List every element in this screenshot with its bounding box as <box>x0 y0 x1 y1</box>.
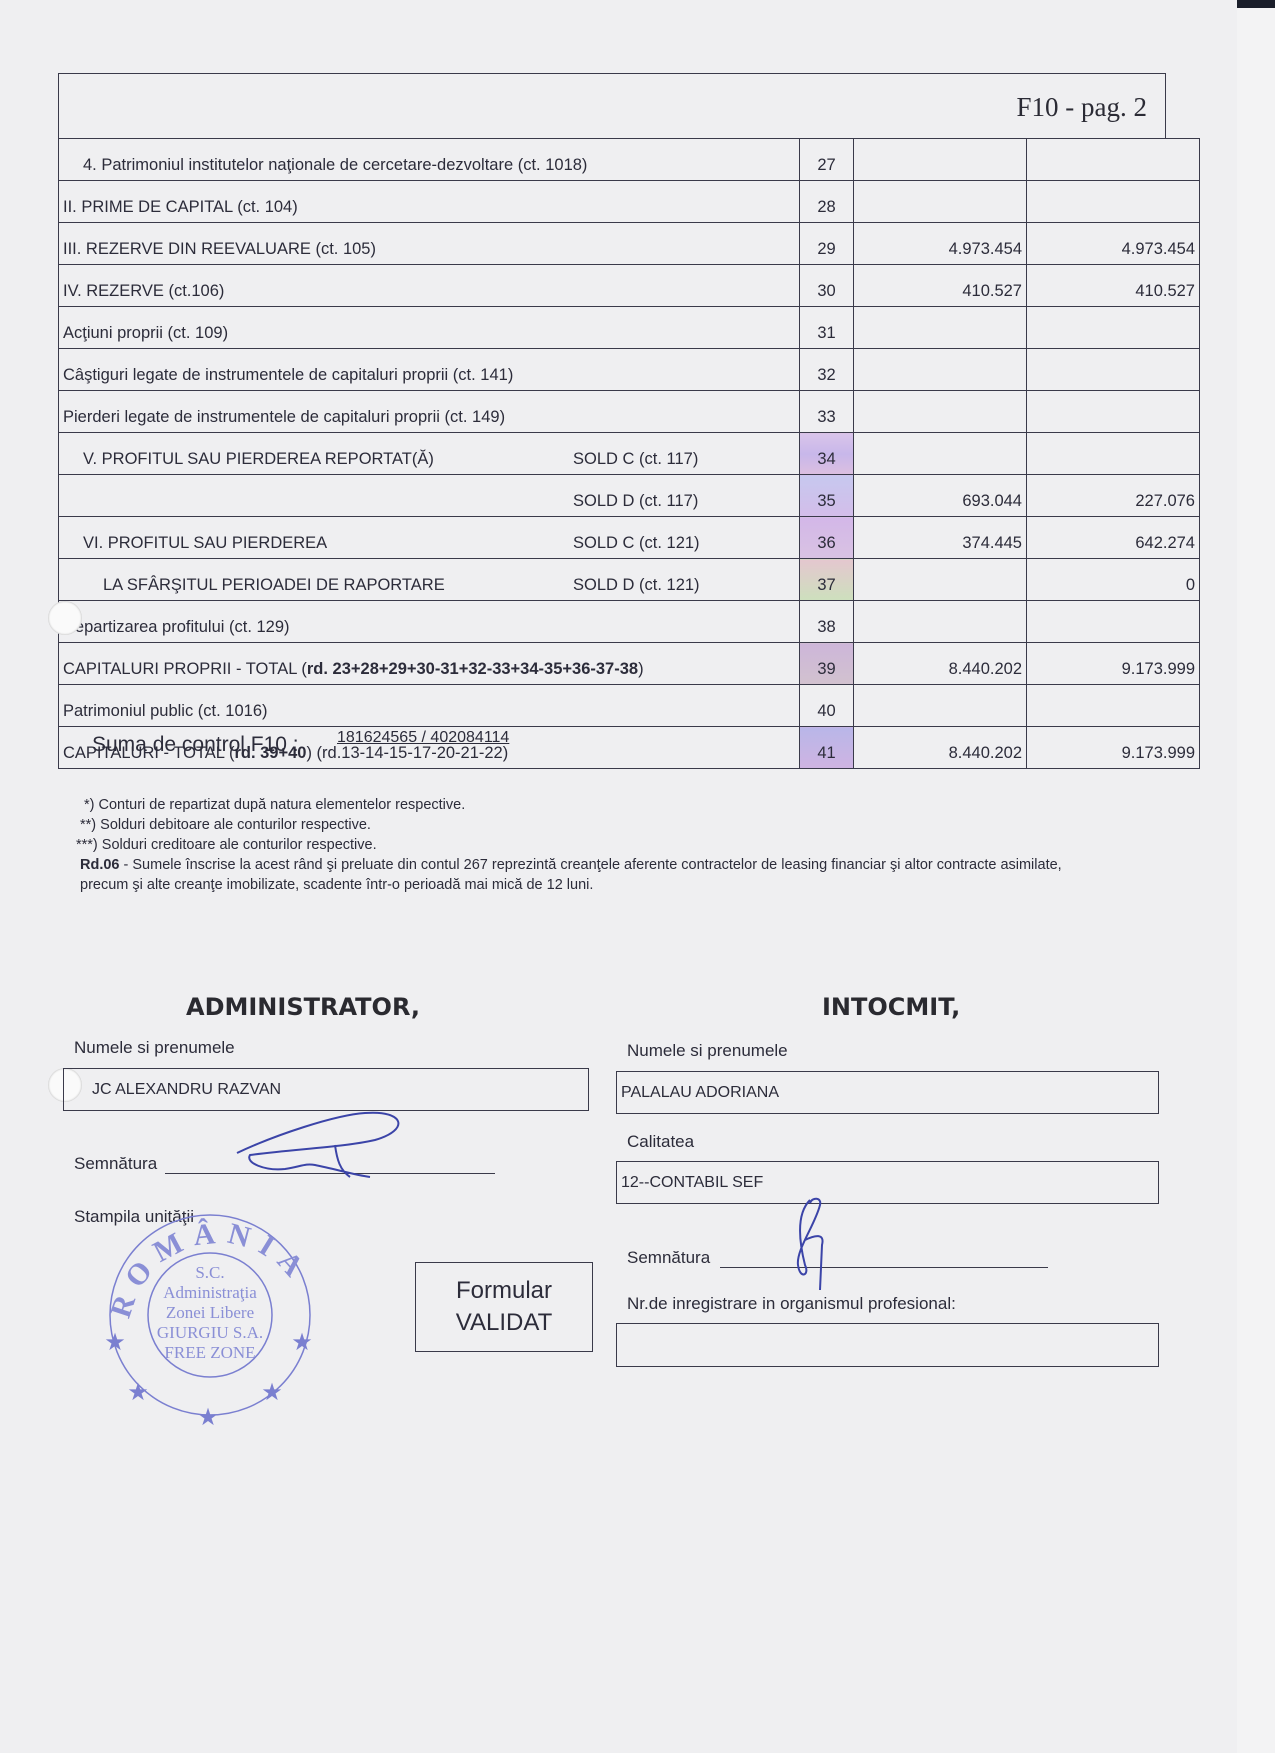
value-previous <box>854 559 1027 601</box>
table-row: V. PROFITUL SAU PIERDEREA REPORTAT(Ă)SOL… <box>59 433 1200 475</box>
row-text: IV. REZERVE (ct.106) <box>63 282 224 300</box>
value-previous: 374.445 <box>854 517 1027 559</box>
company-stamp-icon: ROMÂNIA S.C.AdministraţiaZonei LibereGIU… <box>90 1190 330 1430</box>
row-description: LA SFÂRŞITUL PERIOADEI DE RAPORTARESOLD … <box>59 559 800 601</box>
value-previous <box>854 601 1027 643</box>
row-description: CAPITALURI PROPRII - TOTAL (rd. 23+28+29… <box>59 643 800 685</box>
row-sold-type: SOLD C (ct. 121) <box>573 534 700 553</box>
admin-signature-icon <box>225 1105 415 1185</box>
value-current <box>1027 139 1200 181</box>
row-number: 33 <box>800 391 854 433</box>
table-row: IV. REZERVE (ct.106)30410.527410.527 <box>59 265 1200 307</box>
row-number: 31 <box>800 307 854 349</box>
table-row: CAPITALURI PROPRII - TOTAL (rd. 23+28+29… <box>59 643 1200 685</box>
note-2: **) Solduri debitoare ale conturilor res… <box>62 815 1092 835</box>
table-row: III. REZERVE DIN REEVALUARE (ct. 105)294… <box>59 223 1200 265</box>
intocmit-signature-icon <box>790 1195 850 1290</box>
value-previous <box>854 391 1027 433</box>
row-description: Repartizarea profitului (ct. 129) <box>59 601 800 643</box>
row-description: SOLD D (ct. 117) <box>59 475 800 517</box>
table-row: Acţiuni proprii (ct. 109)31 <box>59 307 1200 349</box>
note-4: Rd.06 - Sumele înscrise la acest rând şi… <box>62 855 1092 895</box>
intocmit-name-field[interactable]: PALALAU ADORIANA <box>616 1071 1159 1114</box>
row-number: 41 <box>800 727 854 769</box>
row-number: 30 <box>800 265 854 307</box>
note-3: ***) Solduri creditoare ale conturilor r… <box>62 835 1092 855</box>
value-current <box>1027 181 1200 223</box>
table-row: LA SFÂRŞITUL PERIOADEI DE RAPORTARESOLD … <box>59 559 1200 601</box>
value-current <box>1027 433 1200 475</box>
svg-text:★: ★ <box>197 1404 219 1431</box>
row-description: Pierderi legate de instrumentele de capi… <box>59 391 800 433</box>
table-row: VI. PROFITUL SAU PIERDEREASOLD C (ct. 12… <box>59 517 1200 559</box>
page-label: F10 - pag. 2 <box>1017 92 1148 123</box>
row-text: Repartizarea profitului (ct. 129) <box>63 618 290 636</box>
svg-text:★: ★ <box>261 1379 283 1406</box>
value-previous: 8.440.202 <box>854 643 1027 685</box>
row-text: Acţiuni proprii (ct. 109) <box>63 324 228 342</box>
svg-text:★: ★ <box>291 1329 313 1356</box>
row-sold-type: SOLD D (ct. 117) <box>573 492 698 511</box>
value-current <box>1027 307 1200 349</box>
row-text: V. PROFITUL SAU PIERDEREA REPORTAT(Ă) <box>83 450 434 468</box>
value-current <box>1027 685 1200 727</box>
value-previous: 4.973.454 <box>854 223 1027 265</box>
row-number: 28 <box>800 181 854 223</box>
row-number: 39 <box>800 643 854 685</box>
value-previous <box>854 349 1027 391</box>
control-sum: Suma de control F10 : 181624565 / 402084… <box>92 733 299 757</box>
row-description: III. REZERVE DIN REEVALUARE (ct. 105) <box>59 223 800 265</box>
value-current: 0 <box>1027 559 1200 601</box>
scan-edge <box>1237 0 1275 8</box>
row-text: CAPITALURI PROPRII - TOTAL ( <box>63 660 307 678</box>
row-sold-type: SOLD C (ct. 117) <box>573 450 698 469</box>
quality-field[interactable]: 12--CONTABIL SEF <box>616 1161 1159 1204</box>
row-number: 34 <box>800 433 854 475</box>
svg-text:FREE ZONE: FREE ZONE <box>164 1343 255 1362</box>
value-current <box>1027 391 1200 433</box>
svg-text:Zonei Libere: Zonei Libere <box>166 1303 254 1322</box>
svg-text:Administraţia: Administraţia <box>163 1283 257 1302</box>
row-text: ) <box>638 660 644 678</box>
validated-line-2: VALIDAT <box>416 1307 592 1339</box>
row-description: 4. Patrimoniul institutelor naţionale de… <box>59 139 800 181</box>
value-current <box>1027 349 1200 391</box>
value-current: 9.173.999 <box>1027 643 1200 685</box>
value-previous: 8.440.202 <box>854 727 1027 769</box>
table-row: Repartizarea profitului (ct. 129)38 <box>59 601 1200 643</box>
value-previous <box>854 181 1027 223</box>
equity-table: 4. Patrimoniul institutelor naţionale de… <box>58 138 1200 769</box>
row-description: Câştiguri legate de instrumentele de cap… <box>59 349 800 391</box>
control-sum-label: Suma de control F10 : <box>92 733 299 756</box>
row-number: 29 <box>800 223 854 265</box>
note-4-text: - Sumele înscrise la acest rând şi prelu… <box>80 857 1062 893</box>
intocmit-signature-label: Semnătura <box>627 1248 710 1268</box>
intocmit-name-label: Numele si prenumele <box>627 1041 788 1061</box>
validated-badge: Formular VALIDAT <box>415 1262 593 1352</box>
value-current: 9.173.999 <box>1027 727 1200 769</box>
row-number: 32 <box>800 349 854 391</box>
table-row: Patrimoniul public (ct. 1016)40 <box>59 685 1200 727</box>
note-4-ref: Rd.06 <box>80 857 120 873</box>
row-text: III. REZERVE DIN REEVALUARE (ct. 105) <box>63 240 376 258</box>
row-description: VI. PROFITUL SAU PIERDEREASOLD C (ct. 12… <box>59 517 800 559</box>
row-text: 4. Patrimoniul institutelor naţionale de… <box>83 156 587 174</box>
table-row: II. PRIME DE CAPITAL (ct. 104)28 <box>59 181 1200 223</box>
value-previous <box>854 139 1027 181</box>
row-text: LA SFÂRŞITUL PERIOADEI DE RAPORTARE <box>103 576 445 594</box>
registration-label: Nr.de inregistrare in organismul profesi… <box>627 1294 956 1314</box>
row-text: Câştiguri legate de instrumentele de cap… <box>63 366 513 384</box>
value-previous <box>854 433 1027 475</box>
row-description: Acţiuni proprii (ct. 109) <box>59 307 800 349</box>
value-previous: 410.527 <box>854 265 1027 307</box>
svg-text:S.C.: S.C. <box>195 1263 224 1282</box>
svg-text:★: ★ <box>104 1329 126 1356</box>
quality-label: Calitatea <box>627 1132 694 1152</box>
note-1: *) Conturi de repartizat după natura ele… <box>62 795 1092 815</box>
value-current: 642.274 <box>1027 517 1200 559</box>
intocmit-title: INTOCMIT, <box>822 993 960 1021</box>
svg-text:GIURGIU S.A.: GIURGIU S.A. <box>157 1323 263 1342</box>
row-number: 40 <box>800 685 854 727</box>
value-previous <box>854 685 1027 727</box>
svg-text:★: ★ <box>127 1379 149 1406</box>
table-header: F10 - pag. 2 <box>58 73 1166 138</box>
row-number: 38 <box>800 601 854 643</box>
table-row: SOLD D (ct. 117)35693.044227.076 <box>59 475 1200 517</box>
row-description: II. PRIME DE CAPITAL (ct. 104) <box>59 181 800 223</box>
table-row: Pierderi legate de instrumentele de capi… <box>59 391 1200 433</box>
table-row: 4. Patrimoniul institutelor naţionale de… <box>59 139 1200 181</box>
row-number: 37 <box>800 559 854 601</box>
row-description: IV. REZERVE (ct.106) <box>59 265 800 307</box>
row-description: V. PROFITUL SAU PIERDEREA REPORTAT(Ă)SOL… <box>59 433 800 475</box>
row-number: 35 <box>800 475 854 517</box>
value-current: 410.527 <box>1027 265 1200 307</box>
row-text: Patrimoniul public (ct. 1016) <box>63 702 268 720</box>
registration-field[interactable] <box>616 1323 1159 1367</box>
admin-signature-label: Semnătura <box>74 1154 157 1174</box>
value-current: 227.076 <box>1027 475 1200 517</box>
row-formula: rd. 23+28+29+30-31+32-33+34-35+36-37-38 <box>307 660 638 678</box>
row-number: 27 <box>800 139 854 181</box>
scan-margin <box>1237 8 1275 1753</box>
row-text: Pierderi legate de instrumentele de capi… <box>63 408 505 426</box>
control-sum-value: 181624565 / 402084114 <box>337 729 509 747</box>
value-previous <box>854 307 1027 349</box>
value-current <box>1027 601 1200 643</box>
intocmit-signature-line[interactable] <box>720 1267 1048 1268</box>
validated-line-1: Formular <box>416 1275 592 1307</box>
value-current: 4.973.454 <box>1027 223 1200 265</box>
administrator-title: ADMINISTRATOR, <box>186 993 420 1021</box>
row-sold-type: SOLD D (ct. 121) <box>573 576 700 595</box>
row-text: II. PRIME DE CAPITAL (ct. 104) <box>63 198 298 216</box>
row-description: Patrimoniul public (ct. 1016) <box>59 685 800 727</box>
row-text: VI. PROFITUL SAU PIERDEREA <box>83 534 327 552</box>
table-row: Câştiguri legate de instrumentele de cap… <box>59 349 1200 391</box>
footnotes: *) Conturi de repartizat după natura ele… <box>62 795 1092 895</box>
admin-name-label: Numele si prenumele <box>74 1038 235 1058</box>
balance-sheet-table: F10 - pag. 2 4. Patrimoniul institutelor… <box>58 73 1166 769</box>
value-previous: 693.044 <box>854 475 1027 517</box>
punch-hole <box>48 601 82 635</box>
row-number: 36 <box>800 517 854 559</box>
